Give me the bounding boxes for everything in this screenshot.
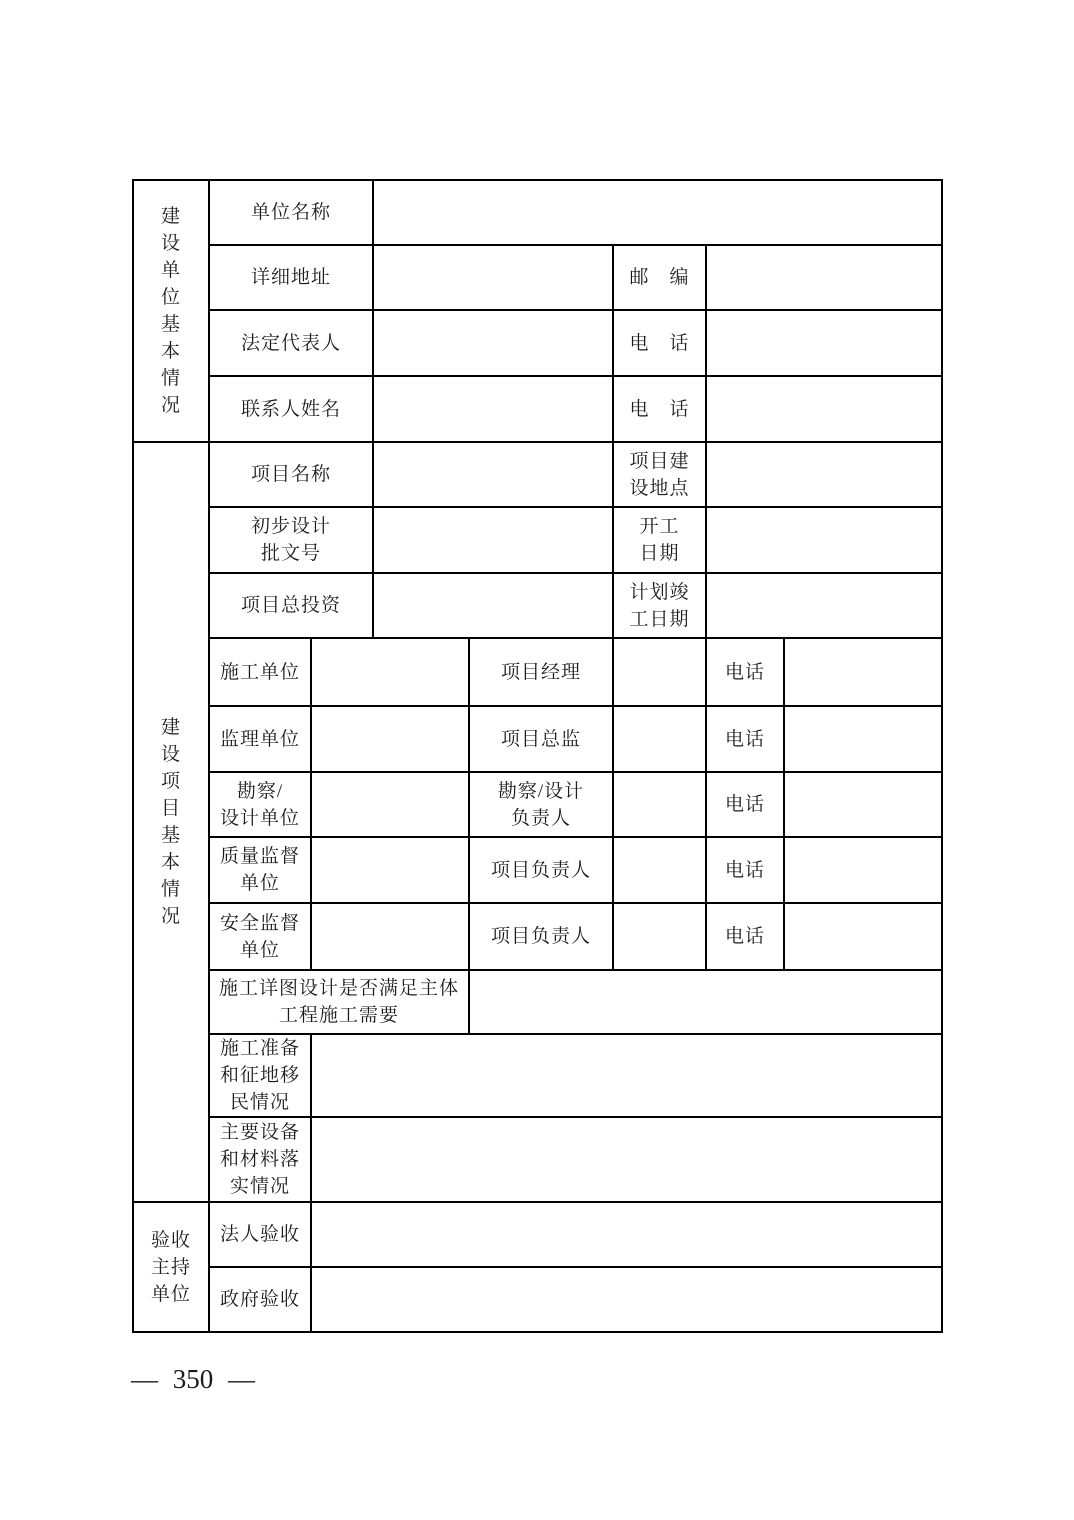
legal-rep-phone-field (706, 310, 942, 376)
project-name-field (373, 442, 613, 507)
postcode-field (706, 245, 942, 310)
design-approval-label: 初步设计 批文号 (209, 507, 373, 573)
table-row: 法定代表人 电 话 (133, 310, 942, 376)
table-row: 项目总投资 计划竣 工日期 (133, 573, 942, 638)
construction-phone-field (784, 638, 942, 706)
project-name-label: 项目名称 (209, 442, 373, 507)
safety-supervision-unit-field (311, 903, 469, 970)
legal-rep-field (373, 310, 613, 376)
project-info-group-label: 建 设 项 目 基 本 情 况 (133, 442, 209, 1202)
safety-phone-label: 电话 (706, 903, 784, 970)
quality-supervision-unit-label: 质量监督 单位 (209, 837, 311, 903)
table-row: 验收 主持 单位 法人验收 (133, 1202, 942, 1267)
postcode-label: 邮 编 (613, 245, 706, 310)
form-table: 建 设 单 位 基 本 情 况 单位名称 详细地址 邮 编 法定代表人 电 话 … (132, 179, 943, 1333)
legal-rep-phone-label: 电 话 (613, 310, 706, 376)
construction-unit-field (311, 638, 469, 706)
quality-phone-field (784, 837, 942, 903)
quality-head-label: 项目负责人 (469, 837, 613, 903)
government-acceptance-field (311, 1267, 942, 1332)
safety-head-label: 项目负责人 (469, 903, 613, 970)
chief-supervisor-label: 项目总监 (469, 706, 613, 772)
table-row: 施工单位 项目经理 电话 (133, 638, 942, 706)
contact-phone-field (706, 376, 942, 442)
planned-completion-label: 计划竣 工日期 (613, 573, 706, 638)
contact-name-label: 联系人姓名 (209, 376, 373, 442)
table-row: 主要设备 和材料落 实情况 (133, 1117, 942, 1202)
quality-head-field (613, 837, 706, 903)
table-row: 详细地址 邮 编 (133, 245, 942, 310)
project-manager-field (613, 638, 706, 706)
prep-land-field (311, 1034, 942, 1117)
table-row: 建 设 单 位 基 本 情 况 单位名称 (133, 180, 942, 245)
government-acceptance-label: 政府验收 (209, 1267, 311, 1332)
equipment-field (311, 1117, 942, 1202)
project-location-field (706, 442, 942, 507)
design-approval-field (373, 507, 613, 573)
contact-name-field (373, 376, 613, 442)
project-manager-label: 项目经理 (469, 638, 613, 706)
planned-completion-field (706, 573, 942, 638)
unit-name-label: 单位名称 (209, 180, 373, 245)
safety-head-field (613, 903, 706, 970)
project-location-label: 项目建 设地点 (613, 442, 706, 507)
survey-design-head-label: 勘察/设计 负责人 (469, 772, 613, 837)
safety-phone-field (784, 903, 942, 970)
start-date-label: 开工 日期 (613, 507, 706, 573)
legal-acceptance-field (311, 1202, 942, 1267)
detail-design-field (469, 970, 942, 1034)
acceptance-host-group-label: 验收 主持 单位 (133, 1202, 209, 1332)
detail-design-label: 施工详图设计是否满足主体 工程施工需要 (209, 970, 469, 1034)
unit-name-field (373, 180, 942, 245)
chief-supervisor-field (613, 706, 706, 772)
table-row: 勘察/ 设计单位 勘察/设计 负责人 电话 (133, 772, 942, 837)
construction-phone-label: 电话 (706, 638, 784, 706)
owner-unit-info-group-label: 建 设 单 位 基 本 情 况 (133, 180, 209, 442)
table-row: 施工详图设计是否满足主体 工程施工需要 (133, 970, 942, 1034)
survey-design-phone-label: 电话 (706, 772, 784, 837)
quality-phone-label: 电话 (706, 837, 784, 903)
table-row: 政府验收 (133, 1267, 942, 1332)
table-row: 建 设 项 目 基 本 情 况 项目名称 项目建 设地点 (133, 442, 942, 507)
table-row: 联系人姓名 电 话 (133, 376, 942, 442)
legal-rep-label: 法定代表人 (209, 310, 373, 376)
construction-unit-label: 施工单位 (209, 638, 311, 706)
supervision-unit-label: 监理单位 (209, 706, 311, 772)
survey-design-unit-field (311, 772, 469, 837)
survey-design-unit-label: 勘察/ 设计单位 (209, 772, 311, 837)
table-row: 质量监督 单位 项目负责人 电话 (133, 837, 942, 903)
supervision-phone-field (784, 706, 942, 772)
table-row: 监理单位 项目总监 电话 (133, 706, 942, 772)
quality-supervision-unit-field (311, 837, 469, 903)
table-row: 施工准备 和征地移 民情况 (133, 1034, 942, 1117)
page-number: — 350 — (131, 1364, 255, 1394)
address-field (373, 245, 613, 310)
legal-acceptance-label: 法人验收 (209, 1202, 311, 1267)
document-page: 建 设 单 位 基 本 情 况 单位名称 详细地址 邮 编 法定代表人 电 话 … (0, 0, 1074, 1520)
table-row: 安全监督 单位 项目负责人 电话 (133, 903, 942, 970)
survey-design-head-field (613, 772, 706, 837)
safety-supervision-unit-label: 安全监督 单位 (209, 903, 311, 970)
table-row: 初步设计 批文号 开工 日期 (133, 507, 942, 573)
survey-design-phone-field (784, 772, 942, 837)
equipment-label: 主要设备 和材料落 实情况 (209, 1117, 311, 1202)
start-date-field (706, 507, 942, 573)
address-label: 详细地址 (209, 245, 373, 310)
contact-phone-label: 电 话 (613, 376, 706, 442)
supervision-unit-field (311, 706, 469, 772)
prep-land-label: 施工准备 和征地移 民情况 (209, 1034, 311, 1117)
total-investment-field (373, 573, 613, 638)
supervision-phone-label: 电话 (706, 706, 784, 772)
total-investment-label: 项目总投资 (209, 573, 373, 638)
